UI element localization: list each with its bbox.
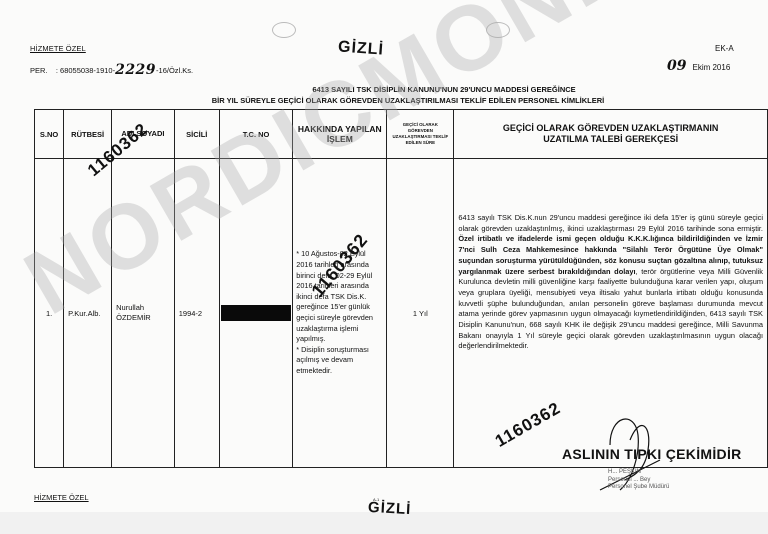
certified-copy-stamp: ASLININ TIPKI ÇEKİMİDİR (562, 446, 742, 462)
signer-rank: Personel ... Bey (608, 477, 669, 485)
hole-punch-mark (272, 22, 296, 38)
classification-bottom-center: GİZLİ (368, 499, 412, 518)
header-sicil: SİCİLİ (174, 110, 219, 159)
cell-duration: 1 Yıl (387, 159, 454, 468)
reason-part2: , terör örgütlerine veya Milli Güvenlik … (458, 267, 763, 351)
classification-top-center: GİZLİ (337, 38, 384, 59)
header-reason: GEÇİCİ OLARAK GÖREVDEN UZAKLAŞTIRMANIN U… (454, 110, 768, 159)
signer-name: H... PEŞKİN (608, 469, 669, 477)
last-name: ÖZDEMİR (116, 313, 174, 323)
reference-label: PER. (30, 66, 48, 75)
reference-number: PER. : 68055038-1910-2229-16/Özl.Ks. (30, 61, 193, 77)
signer-block: H... PEŞKİN Personel ... Bey Personel Şu… (608, 469, 669, 492)
action-item-2: * Disiplin soruşturması açılmış ve devam… (296, 345, 383, 377)
date-day-handwritten: 09 (667, 58, 686, 74)
reference-prefix: : 68055038-1910- (56, 66, 115, 75)
date-month-year: Ekim 2016 (692, 63, 730, 72)
reference-suffix: -16/Özl.Ks. (156, 66, 193, 75)
signer-title: Personel Şube Müdürü (608, 484, 669, 492)
hole-punch-mark (486, 22, 510, 38)
document-date: 09Ekim 2016 (667, 58, 730, 74)
first-name: Nurullah (116, 303, 174, 313)
annex-label: EK-A (715, 44, 734, 53)
reference-handwritten: 2229 (115, 62, 156, 78)
cell-action: * 10 Ağustos-02 Eylül 2016 tarihleri ara… (293, 159, 387, 468)
reason-text: 6413 sayılı TSK Dis.K.nun 29'uncu maddes… (458, 159, 763, 352)
cell-sno: 1. (35, 159, 64, 468)
classification-bottom-left: HİZMETE ÖZEL (34, 493, 89, 502)
reason-part1: 6413 sayılı TSK Dis.K.nun 29'uncu maddes… (458, 213, 763, 233)
document-title-line1: 6413 SAYILI TSK DİSİPLİN KANUNU'NUN 29'U… (0, 85, 768, 94)
cell-sicil: 1994-2 (174, 159, 219, 468)
redaction-bar (221, 305, 291, 321)
cell-name: Nurullah ÖZDEMİR (112, 159, 175, 468)
header-tc: T.C. NO (219, 110, 293, 159)
header-action: HAKKINDA YAPILAN İŞLEM (293, 110, 387, 159)
cell-rank: P.Kur.Alb. (64, 159, 112, 468)
classification-top-left: HİZMETE ÖZEL (30, 44, 86, 53)
document-title-line2: BİR YIL SÜREYLE GEÇİCİ OLARAK GÖREVDEN U… (0, 96, 768, 105)
header-duration: GEÇİCİ OLARAK GÖREVDEN UZAKLAŞTIRMASI TE… (387, 110, 454, 159)
header-sno: S.NO (35, 110, 64, 159)
cell-tc (219, 159, 293, 468)
document-page: HİZMETE ÖZEL PER. : 68055038-1910-2229-1… (0, 0, 768, 534)
